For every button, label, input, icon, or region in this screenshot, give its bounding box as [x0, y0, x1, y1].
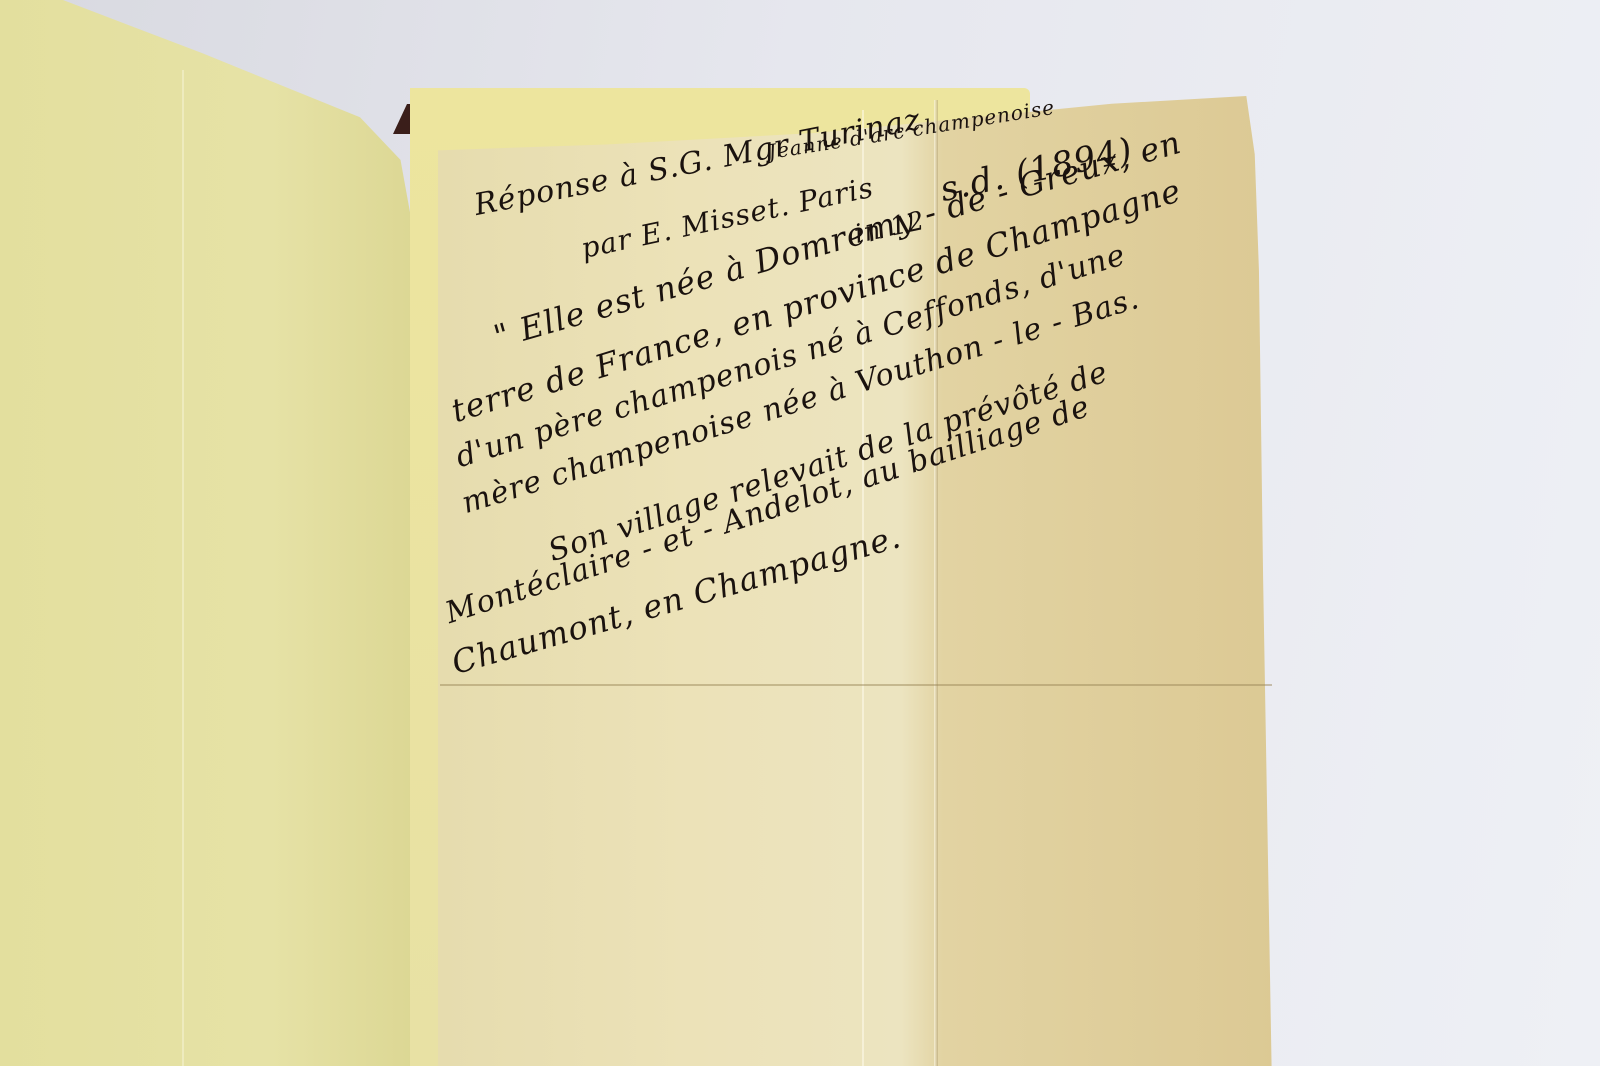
handwritten-text: Jeanne d'arc champenoise Réponse à S.G. …: [0, 0, 1600, 1066]
